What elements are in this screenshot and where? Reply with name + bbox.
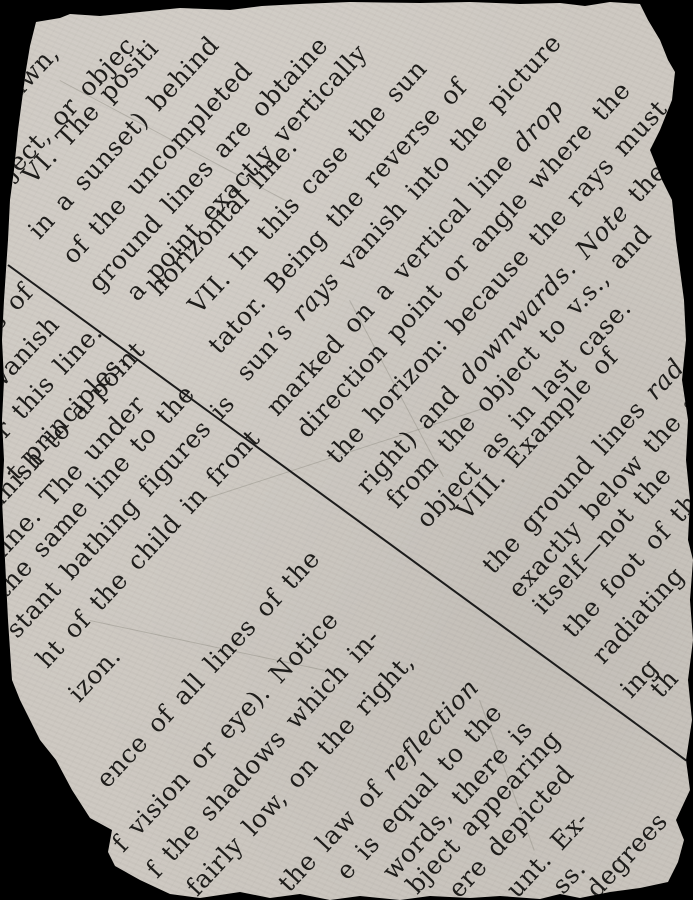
- text-segment: degrees: [580, 807, 673, 900]
- text-line: izon.: [64, 643, 125, 706]
- text-line: degrees: [582, 808, 672, 900]
- torn-paper-fragment: rawn,ject, or objecVI. The positiin a su…: [0, 0, 693, 900]
- text-line: f the shadows which in-: [142, 624, 385, 882]
